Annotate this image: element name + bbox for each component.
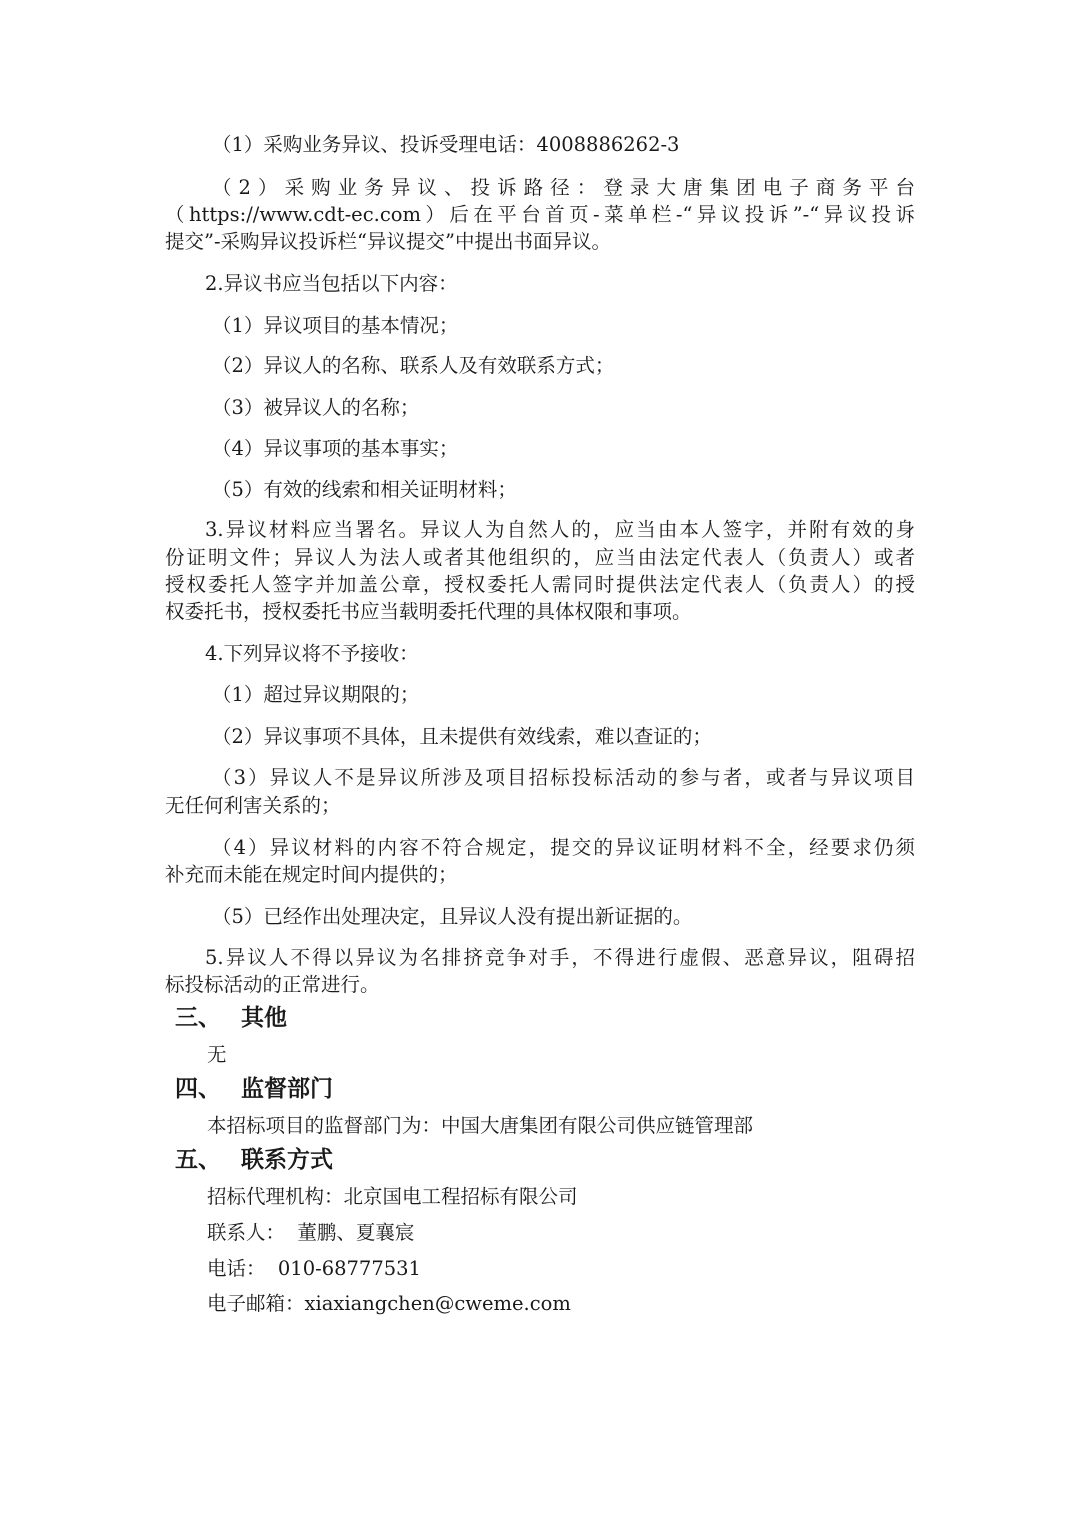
content-item-1: （1）异议项目的基本情况； bbox=[212, 314, 458, 338]
section-5-number: 五、 bbox=[175, 1146, 241, 1174]
rejection-item-1: （1）超过异议期限的； bbox=[212, 683, 419, 707]
complaint-path-line-1: （2）采购业务异议、投诉路径：登录大唐集团电子商务平台 bbox=[165, 176, 915, 200]
contact-phone: 电话： 010-68777531 bbox=[207, 1257, 421, 1281]
section-3-number: 三、 bbox=[175, 1004, 241, 1032]
signature-rule-line-1: 3.异议材料应当署名。异议人为自然人的，应当由本人签字，并附有效的身 bbox=[165, 518, 915, 542]
content-item-4: （4）异议事项的基本事实； bbox=[212, 437, 458, 461]
agency-name: 招标代理机构：北京国电工程招标有限公司 bbox=[207, 1185, 578, 1209]
misuse-rule-line-1: 5.异议人不得以异议为名排挤竞争对手，不得进行虚假、恶意异议，阻碍招 bbox=[165, 946, 915, 970]
contact-email[interactable]: 电子邮箱：xiaxiangchen@cweme.com bbox=[207, 1292, 571, 1316]
contact-persons: 联系人： 董鹏、夏襄宸 bbox=[207, 1221, 414, 1245]
section-3-body: 无 bbox=[207, 1043, 227, 1067]
rejection-item-5: （5）已经作出处理决定，且异议人没有提出新证据的。 bbox=[212, 905, 692, 929]
content-item-2: （2）异议人的名称、联系人及有效联系方式； bbox=[212, 354, 614, 378]
content-item-5: （5）有效的线索和相关证明材料； bbox=[212, 478, 517, 502]
section-4-heading: 四、监督部门 bbox=[175, 1075, 333, 1103]
rejection-item-2: （2）异议事项不具体，且未提供有效线索，难以查证的； bbox=[212, 725, 712, 749]
complaint-phone: （1）采购业务异议、投诉受理电话：4008886262-3 bbox=[212, 133, 679, 157]
section-3-heading: 三、其他 bbox=[175, 1004, 287, 1032]
document-page: （1）采购业务异议、投诉受理电话：4008886262-3 （2）采购业务异议、… bbox=[0, 0, 1080, 1527]
signature-rule-line-4: 权委托书，授权委托书应当载明委托代理的具体权限和事项。 bbox=[165, 600, 692, 624]
rejection-item-4-line-2: 补充而未能在规定时间内提供的； bbox=[165, 863, 458, 887]
content-item-3: （3）被异议人的名称； bbox=[212, 396, 419, 420]
rejection-item-4-line-1: （4）异议材料的内容不符合规定，提交的异议证明材料不全，经要求仍须 bbox=[165, 836, 915, 860]
rejection-heading: 4.下列异议将不予接收： bbox=[205, 642, 419, 666]
section-3-title: 其他 bbox=[241, 1005, 287, 1031]
section-5-title: 联系方式 bbox=[241, 1147, 333, 1173]
signature-rule-line-3: 授权委托人签字并加盖公章，授权委托人需同时提供法定代表人（负责人）的授 bbox=[165, 573, 915, 597]
section-4-title: 监督部门 bbox=[241, 1076, 333, 1102]
section-4-number: 四、 bbox=[175, 1075, 241, 1103]
misuse-rule-line-2: 标投标活动的正常进行。 bbox=[165, 973, 380, 997]
rejection-item-3-line-1: （3）异议人不是异议所涉及项目招标投标活动的参与者，或者与异议项目 bbox=[165, 766, 915, 790]
rejection-item-3-line-2: 无任何利害关系的； bbox=[165, 794, 341, 818]
complaint-path-line-2: （https://www.cdt-ec.com）后在平台首页-菜单栏-“异议投诉… bbox=[165, 203, 915, 227]
complaint-path-line-3: 提交”-采购异议投诉栏“异议提交”中提出书面异议。 bbox=[165, 230, 611, 254]
supervision-dept: 本招标项目的监督部门为：中国大唐集团有限公司供应链管理部 bbox=[207, 1114, 753, 1138]
signature-rule-line-2: 份证明文件；异议人为法人或者其他组织的，应当由法定代表人（负责人）或者 bbox=[165, 546, 915, 570]
content-requirements-heading: 2.异议书应当包括以下内容： bbox=[205, 272, 458, 296]
section-5-heading: 五、联系方式 bbox=[175, 1146, 333, 1174]
